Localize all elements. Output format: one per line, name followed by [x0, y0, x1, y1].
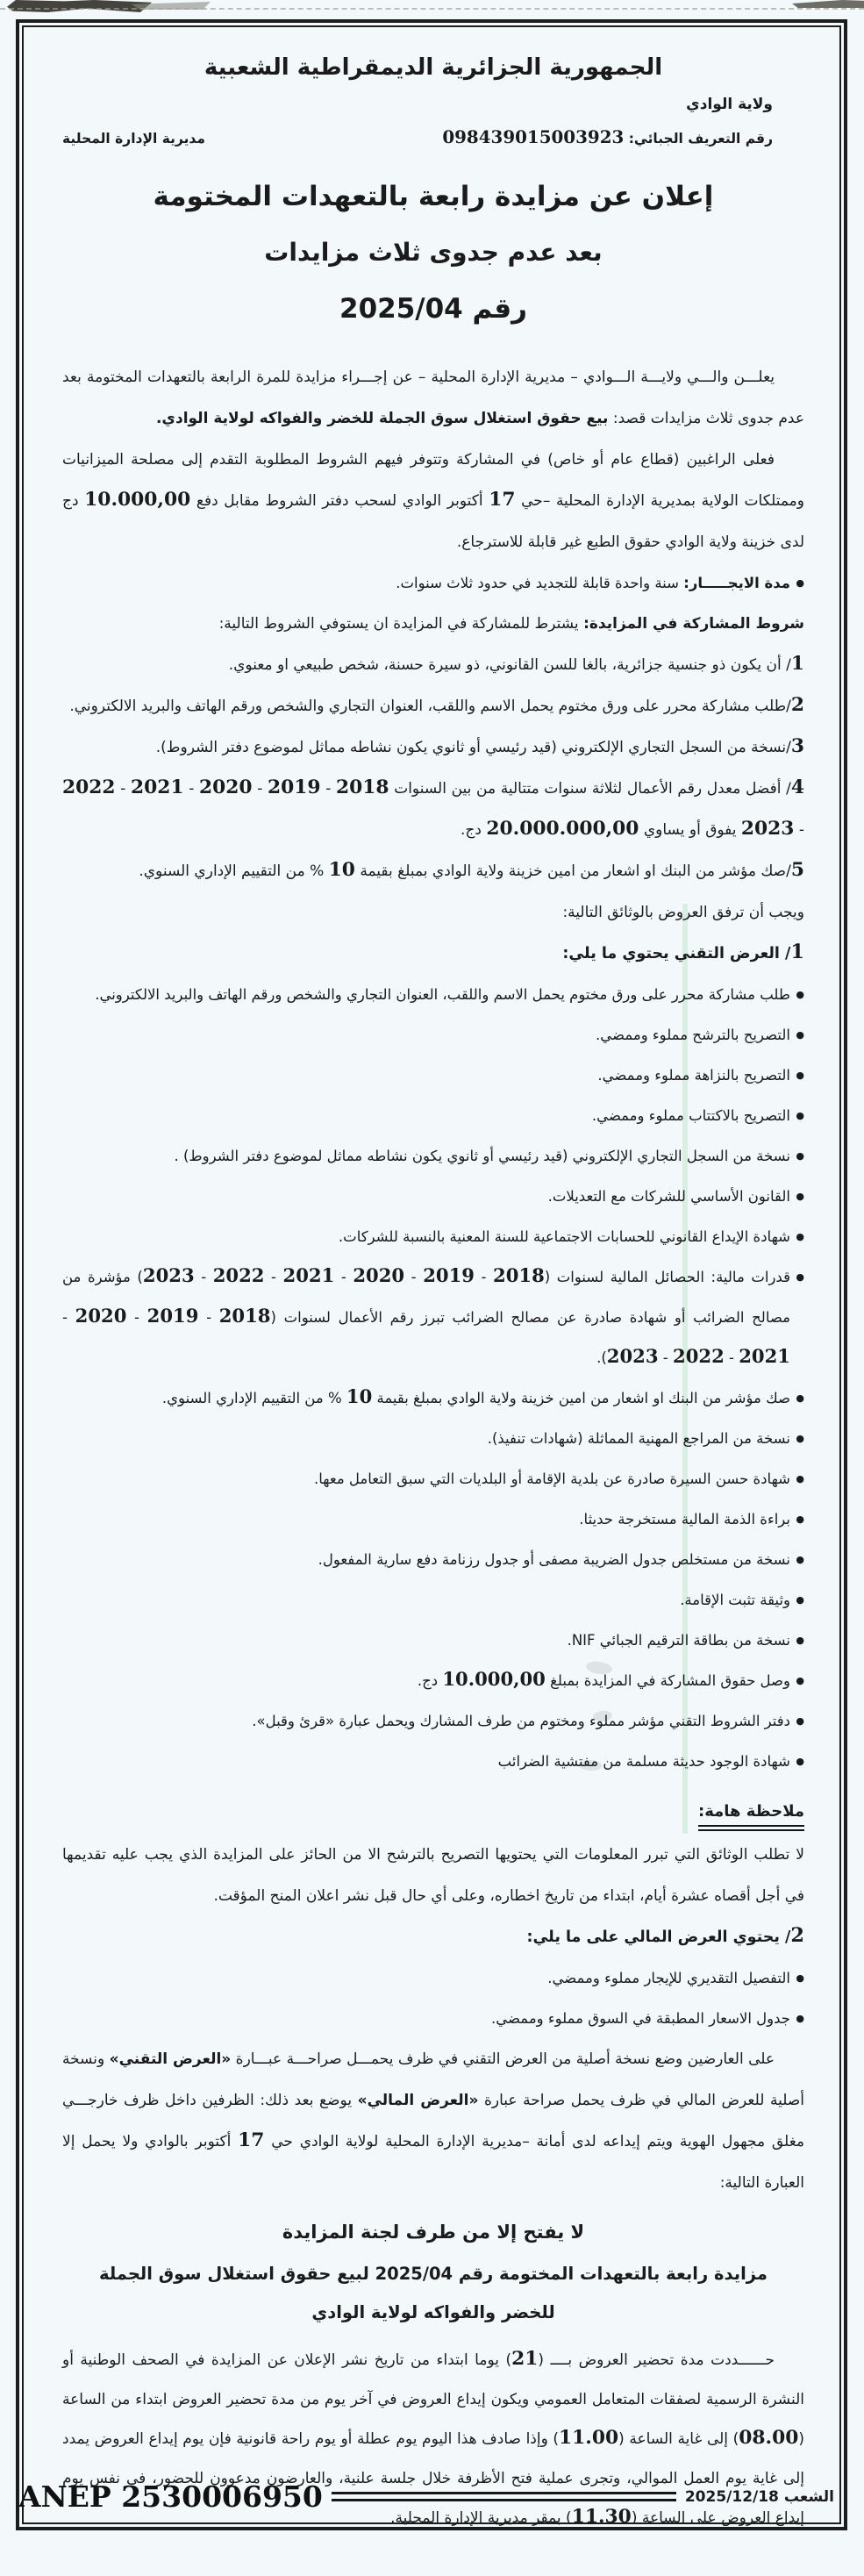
financial-offer-phrase: «العرض المالي» — [358, 2092, 479, 2109]
condition-item: 4/ أفضل معدل رقم الأعمال لثلاثة سنوات مت… — [62, 769, 804, 851]
list-item-text: نسخة من مستخلص جدول الضريبة مصفى أو جدول… — [62, 1540, 790, 1580]
bullet-icon: ● — [790, 1136, 804, 1177]
announcement-title: إعلان عن مزايدة رابعة بالتعهدات المختومة — [62, 176, 804, 217]
do-not-open-line: لا يفتح إلا من طرف لجنة المزايدة — [62, 2215, 804, 2250]
list-item: ●دفتر الشروط التقني مؤشر مملوء ومختوم من… — [62, 1701, 804, 1742]
list-item-text: شهادة حسن السيرة صادرة عن بلدية الإقامة … — [62, 1459, 790, 1499]
list-item: ●نسخة من بطاقة الترقيم الجبائي NIF. — [62, 1621, 804, 1661]
list-item: ●نسخة من المراجع المهنية المماثلة (شهادا… — [62, 1419, 804, 1459]
list-item-text: جدول الاسعار المطبقة في السوق مملوء وممض… — [62, 1999, 790, 2039]
list-item: ●وثيقة تثبت الإقامة. — [62, 1580, 804, 1621]
list-item-text: قدرات مالية: الحصائل المالية لسنوات (201… — [62, 1257, 790, 1378]
directorate-name: مديرية الإدارة المحلية — [62, 127, 205, 150]
list-item-text: دفتر الشروط التقني مؤشر مملوء ومختوم من … — [62, 1701, 790, 1742]
scanned-page: الجمهورية الجزائرية الديمقراطية الشعبية … — [0, 0, 864, 2576]
list-item: ●نسخة من مستخلص جدول الضريبة مصفى أو جدو… — [62, 1540, 804, 1580]
important-note-title: ملاحظة هامة: — [698, 1802, 804, 1831]
bullet-icon: ● — [790, 1580, 804, 1621]
bullet-icon: ● — [790, 1378, 804, 1419]
bullet-icon: ● — [790, 1217, 804, 1257]
bullet-icon: ● — [790, 1742, 804, 1782]
envelope-text: على العارضين وضع نسخة أصلية من العرض الت… — [231, 2050, 775, 2068]
envelope-paragraph: على العارضين وضع نسخة أصلية من العرض الت… — [62, 2039, 804, 2204]
anep-reference: ANEP 2530006950 — [18, 2479, 323, 2514]
bullet-icon: ● — [790, 1661, 804, 1701]
list-item-text: صك مؤشر من البنك او اشعار من امين خزينة … — [62, 1378, 790, 1419]
list-item: ●التفصيل التقديري للإيجار مملوء وممضي. — [62, 1958, 804, 1999]
list-item-text: طلب مشاركة محرر على ورق مختوم يحمل الاسم… — [62, 975, 790, 1015]
list-item: ●شهادة الوجود حديثة مسلمة من مفتشية الضر… — [62, 1742, 804, 1782]
bullet-icon: ● — [790, 1015, 804, 1055]
scan-artifact-top-right — [792, 0, 864, 8]
bullet-icon: ● — [790, 1419, 804, 1459]
list-item-text: التفصيل التقديري للإيجار مملوء وممضي. — [62, 1958, 790, 1999]
list-item: ●شهادة الإيداع القانوني للحسابات الاجتما… — [62, 1217, 804, 1257]
list-item-text: التصريح بالاكتتاب مملوء وممضي. — [62, 1096, 790, 1136]
list-item: ●جدول الاسعار المطبقة في السوق مملوء ومم… — [62, 1999, 804, 2039]
bullet-icon: ● — [790, 1177, 804, 1217]
scan-artifact-top-line — [0, 8, 864, 10]
bullet-icon: ● — [790, 1540, 804, 1580]
announcement-frame-inner: الجمهورية الجزائرية الديمقراطية الشعبية … — [22, 25, 841, 2524]
list-item-text: وثيقة تثبت الإقامة. — [62, 1580, 790, 1621]
lease-duration-item: ● مدة الايجـــــار: سنة واحدة قابلة للتج… — [62, 563, 804, 604]
announcement-subtitle: بعد عدم جدوى ثلاث مزايدات — [62, 234, 804, 271]
envelope-subject-line: مزايدة رابعة بالتعهدات المختومة رقم 2025… — [97, 2255, 769, 2332]
auction-object: بيع حقوق استغلال سوق الجملة للخضر والفوا… — [156, 410, 609, 427]
scan-artifact-top-left — [7, 0, 152, 12]
publication-info: الشعب2025/12/18 — [685, 2488, 834, 2506]
header-row: رقم التعريف الجبائي: 098439015003923 مدي… — [62, 127, 804, 150]
attachments-note: ويجب أن ترفق العروض بالوثائق التالية: — [62, 892, 804, 934]
withdrawal-paragraph: فعلى الراغبين (قطاع عام أو خاص) في المشا… — [62, 440, 804, 563]
bullet-icon: ● — [790, 1055, 804, 1096]
financial-offer-header: 2/ يحتوي العرض المالي على ما يلي: — [62, 1917, 804, 1958]
conditions-header-bold: شروط المشاركة في المزايدة: — [583, 615, 804, 633]
list-item: ●نسخة من السجل التجاري الإلكتروني (قيد ر… — [62, 1136, 804, 1177]
bullet-icon: ● — [790, 1499, 804, 1540]
important-note-header: ملاحظة هامة: — [62, 1794, 804, 1829]
conditions-header: شروط المشاركة في المزايدة: يشترط للمشارك… — [62, 604, 804, 645]
withdrawal-text: فعلى الراغبين (قطاع عام أو خاص) في المشا… — [62, 451, 804, 551]
announcement-number: رقم 2025/04 — [62, 289, 804, 329]
list-item: ●التصريح بالاكتتاب مملوء وممضي. — [62, 1096, 804, 1136]
technical-offer-header: 1/ العرض التقني يحتوي ما يلي: — [62, 934, 804, 975]
list-item: ●وصل حقوق المشاركة في المزايدة بمبلغ 10.… — [62, 1661, 804, 1701]
list-item-text: نسخة من بطاقة الترقيم الجبائي NIF. — [62, 1621, 790, 1661]
lease-duration-text: مدة الايجـــــار: سنة واحدة قابلة للتجدي… — [62, 563, 790, 604]
bullet-icon: ● — [790, 563, 804, 604]
list-item: ●شهادة حسن السيرة صادرة عن بلدية الإقامة… — [62, 1459, 804, 1499]
list-item-text: نسخة من المراجع المهنية المماثلة (شهادات… — [62, 1419, 790, 1459]
bullet-icon: ● — [790, 1096, 804, 1136]
list-item: ●طلب مشاركة محرر على ورق مختوم يحمل الاس… — [62, 975, 804, 1015]
list-item: ●التصريح بالنزاهة مملوء وممضي. — [62, 1055, 804, 1096]
list-item-text: نسخة من السجل التجاري الإلكتروني (قيد رئ… — [62, 1136, 790, 1177]
technical-offer-phrase: «العرض التقني» — [110, 2050, 232, 2068]
important-note-text: لا تطلب الوثائق التي تبرر المعلومات التي… — [62, 1835, 804, 1917]
list-item-text: التصريح بالترشح مملوء وممضي. — [62, 1015, 790, 1055]
intro-paragraph: يعلـــن والـــي ولايـــة الـــوادي – مدي… — [62, 357, 804, 440]
list-item: ●قدرات مالية: الحصائل المالية لسنوات (20… — [62, 1257, 804, 1378]
list-item: ●التصريح بالترشح مملوء وممضي. — [62, 1015, 804, 1055]
list-item-text: شهادة الوجود حديثة مسلمة من مفتشية الضرا… — [62, 1742, 790, 1782]
bullet-icon: ● — [790, 1459, 804, 1499]
list-item-text: شهادة الإيداع القانوني للحسابات الاجتماع… — [62, 1217, 790, 1257]
lease-duration-label: مدة الايجـــــار: — [683, 575, 790, 591]
list-item: ●صك مؤشر من البنك او اشعار من امين خزينة… — [62, 1378, 804, 1419]
bullet-icon: ● — [790, 975, 804, 1015]
list-item: ●براءة الذمة المالية مستخرجة حديثا. — [62, 1499, 804, 1540]
lease-duration-value: سنة واحدة قابلة للتجديد في حدود ثلاث سنو… — [396, 575, 683, 591]
list-item-text: التصريح بالنزاهة مملوء وممضي. — [62, 1055, 790, 1096]
journal-name: الشعب — [784, 2488, 834, 2506]
publication-date: 2025/12/18 — [685, 2488, 779, 2506]
condition-item: 5/صك مؤشر من البنك او اشعار من امين خزين… — [62, 851, 804, 892]
list-item-text: وصل حقوق المشاركة في المزايدة بمبلغ 10.0… — [62, 1661, 790, 1701]
bullet-icon: ● — [790, 1999, 804, 2039]
list-item-text: القانون الأساسي للشركات مع التعديلات. — [62, 1177, 790, 1217]
footer: ANEP 2530006950 الشعب2025/12/18 — [24, 2479, 839, 2514]
wilaya-name: ولاية الوادي — [62, 93, 804, 116]
announcement-body: الجمهورية الجزائرية الديمقراطية الشعبية … — [24, 50, 839, 2538]
condition-item: 1/ أن يكون ذو جنسية جزائرية، بالغا للسن … — [62, 645, 804, 686]
bullet-icon: ● — [790, 1257, 804, 1298]
condition-item: 3/نسخة من السجل التجاري الإلكتروني (قيد … — [62, 727, 804, 769]
announcement-frame: الجمهورية الجزائرية الديمقراطية الشعبية … — [16, 19, 847, 2530]
bullet-icon: ● — [790, 1958, 804, 1999]
list-item-text: براءة الذمة المالية مستخرجة حديثا. — [62, 1499, 790, 1540]
bullet-icon: ● — [790, 1701, 804, 1742]
republic-title: الجمهورية الجزائرية الديمقراطية الشعبية — [62, 50, 804, 85]
condition-item: 2/طلب مشاركة محرر على ورق مختوم يحمل الا… — [62, 686, 804, 727]
footer-divider — [332, 2492, 676, 2501]
bullet-icon: ● — [790, 1621, 804, 1661]
list-item: ●القانون الأساسي للشركات مع التعديلات. — [62, 1177, 804, 1217]
conditions-header-rest: يشترط للمشاركة في المزايدة ان يستوفي الش… — [219, 615, 584, 633]
tax-id: رقم التعريف الجبائي: 098439015003923 — [442, 127, 773, 150]
